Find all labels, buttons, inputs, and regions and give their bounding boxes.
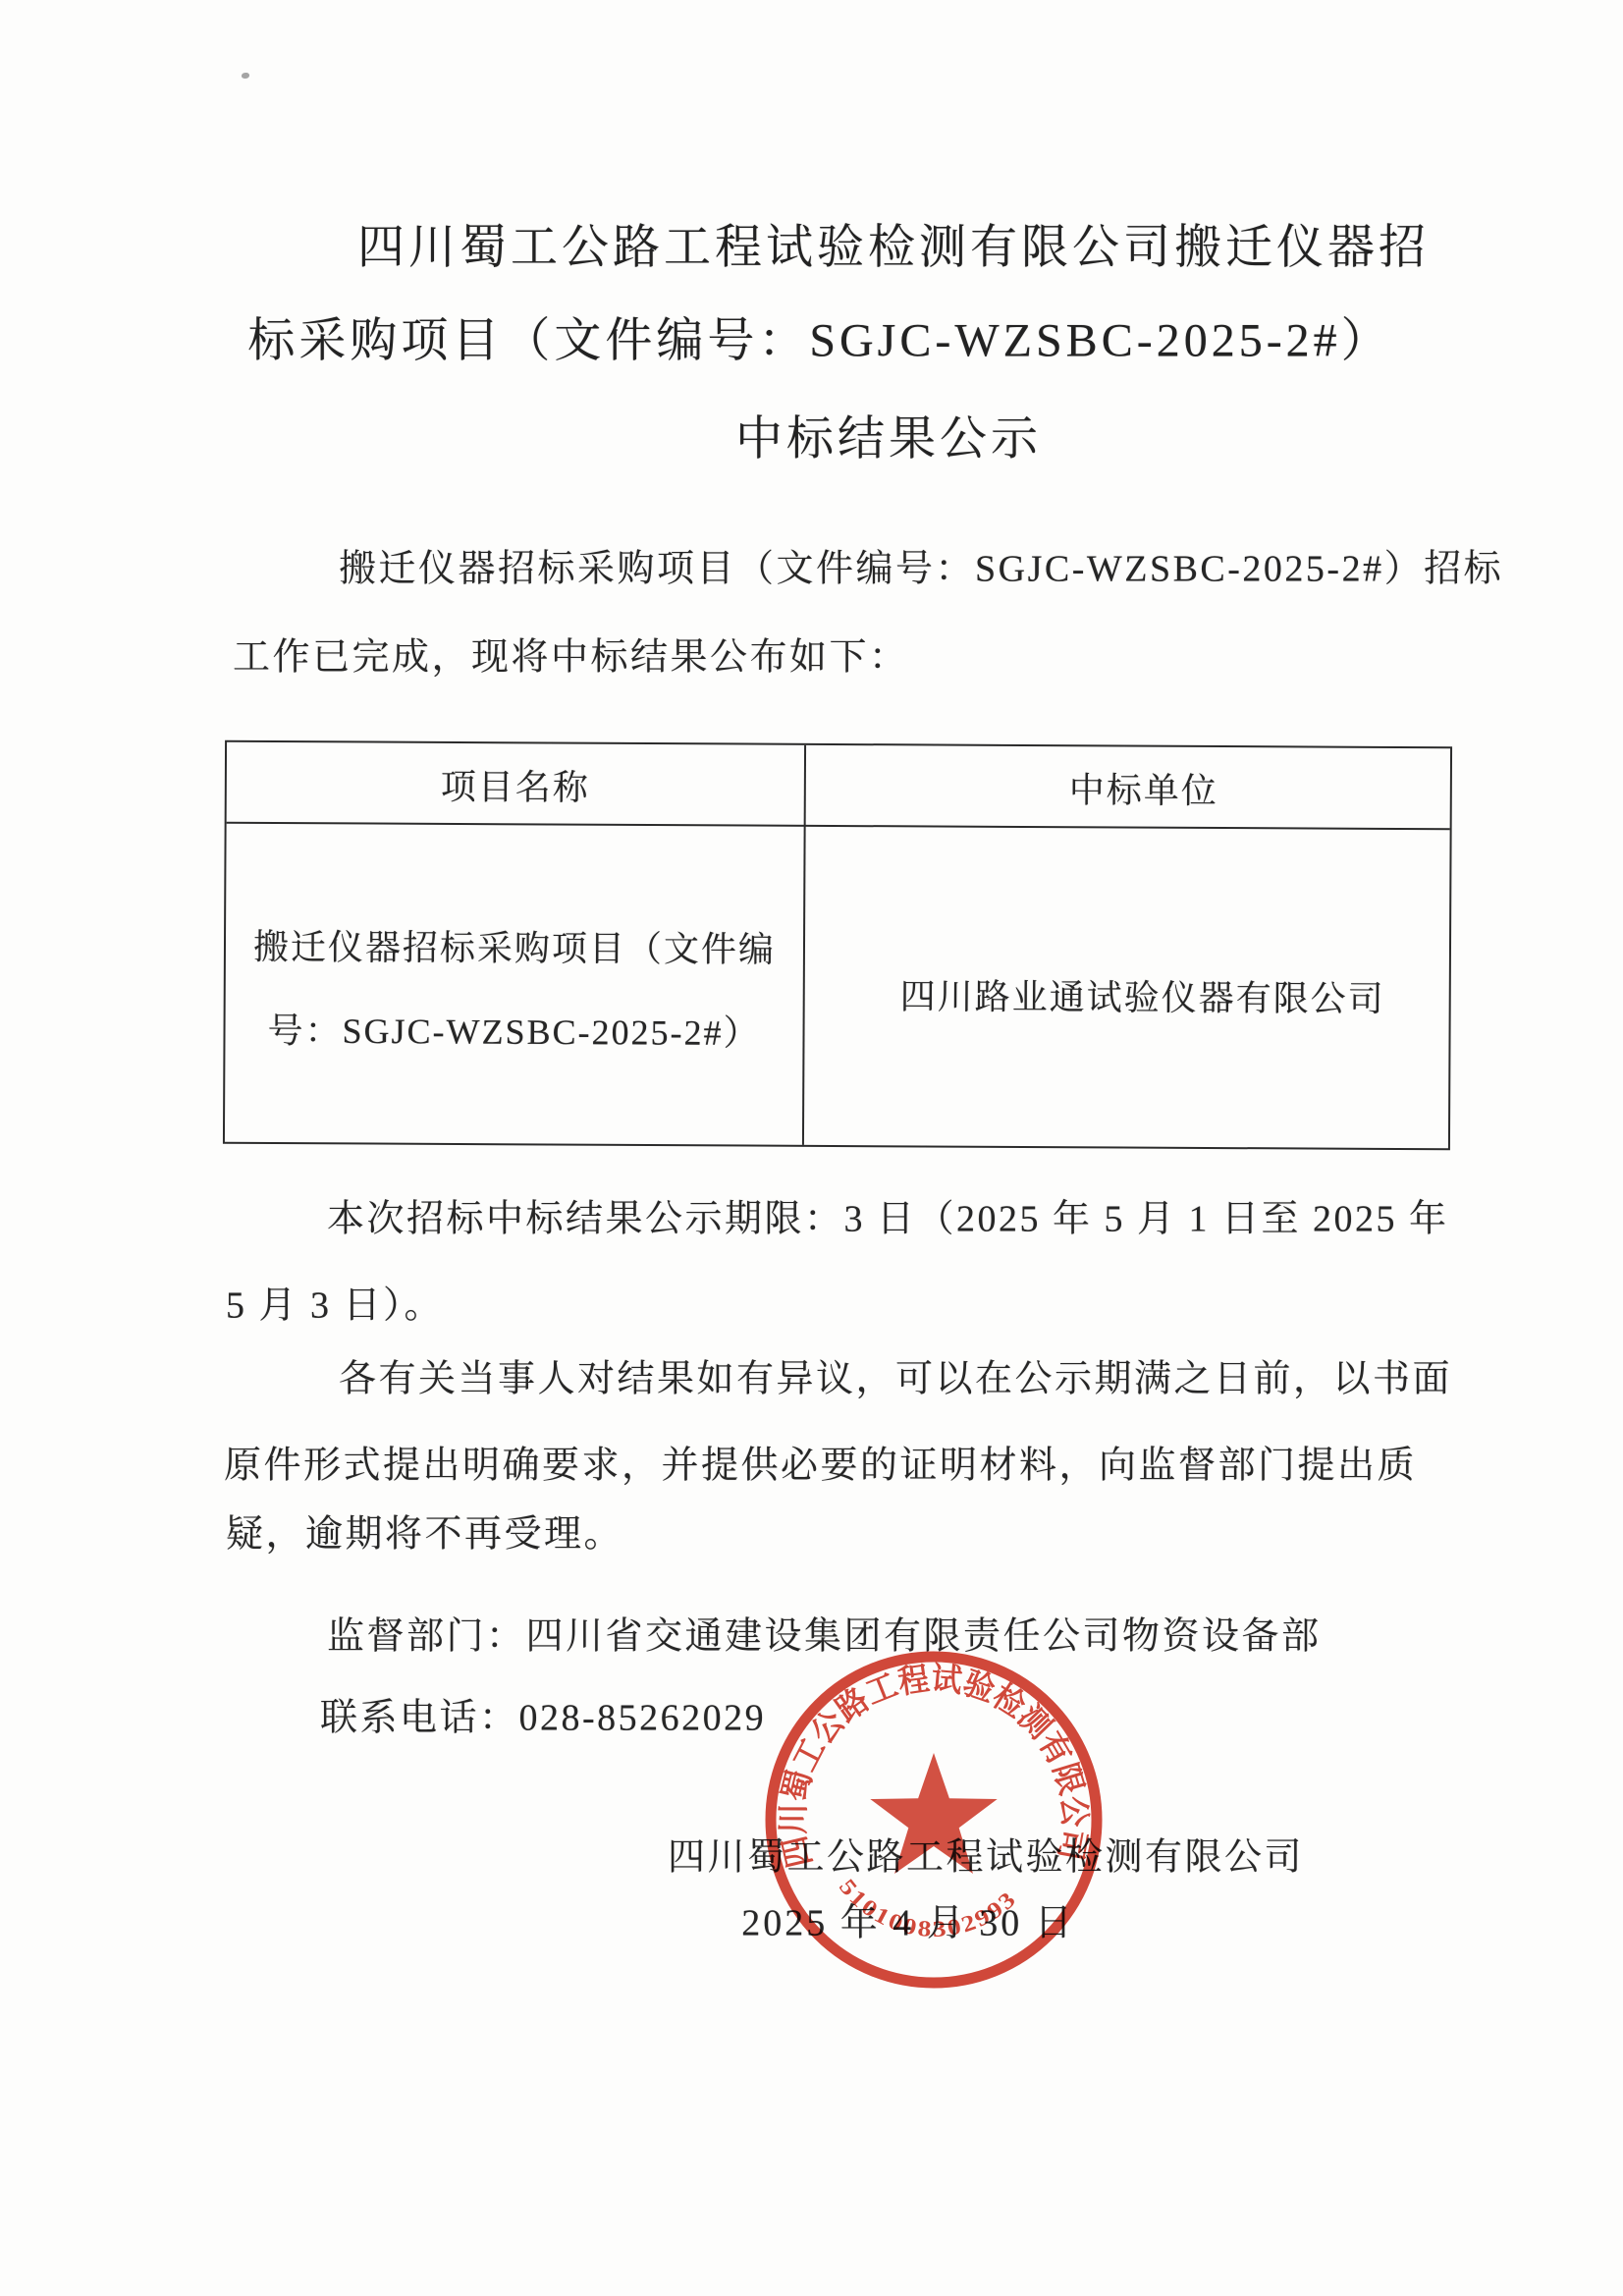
objection-line-1: 各有关当事人对结果如有异议，可以在公示期满之日前，以书面	[339, 1348, 1452, 1402]
publicity-line-1: 本次招标中标结果公示期限：3 日（2025 年 5 月 1 日至 2025 年	[327, 1188, 1449, 1242]
document-page: 四川蜀工公路工程试验检测有限公司搬迁仪器招 标采购项目（文件编号：SGJC-WZ…	[0, 0, 1623, 2296]
table-cell-winner: 四川路业通试验仪器有限公司	[900, 969, 1385, 1022]
scan-artifact	[242, 73, 249, 79]
intro-line-1: 搬迁仪器招标采购项目（文件编号：SGJC-WZSBC-2025-2#）招标	[339, 538, 1503, 592]
seal-number-text: 5101008302993	[835, 1875, 1022, 1941]
contact-line: 联系电话：028-85262029	[320, 1687, 766, 1741]
objection-line-3: 疑，逾期将不再受理。	[226, 1503, 623, 1558]
table-cell-project-line-2: 号：SGJC-WZSBC-2025-2#）	[267, 1003, 760, 1056]
objection-line-2: 原件形式提出明确要求，并提供必要的证明材料，向监督部门提出质	[224, 1435, 1417, 1489]
seal-star-icon	[870, 1753, 997, 1874]
table-header-divider	[227, 822, 1450, 831]
table-header-winner: 中标单位	[1069, 763, 1218, 814]
company-seal-icon: 四川蜀工公路工程试验检测有限公司 5101008302993	[757, 1643, 1110, 1996]
results-table: 项目名称 中标单位 搬迁仪器招标采购项目（文件编 号：SGJC-WZSBC-20…	[223, 740, 1452, 1151]
table-column-divider	[802, 745, 806, 1145]
doc-title-line-1: 四川蜀工公路工程试验检测有限公司搬迁仪器招	[357, 209, 1430, 277]
svg-text:5101008302993: 5101008302993	[835, 1875, 1022, 1941]
doc-title-line-3: 中标结果公示	[735, 401, 1042, 468]
table-header-project: 项目名称	[441, 759, 590, 810]
intro-line-2: 工作已完成，现将中标结果公布如下：	[233, 627, 909, 681]
table-cell-project-line-1: 搬迁仪器招标采购项目（文件编	[253, 919, 776, 972]
publicity-line-2: 5 月 3 日）。	[226, 1275, 444, 1329]
doc-title-line-2: 标采购项目（文件编号：SGJC-WZSBC-2025-2#）	[247, 302, 1391, 370]
